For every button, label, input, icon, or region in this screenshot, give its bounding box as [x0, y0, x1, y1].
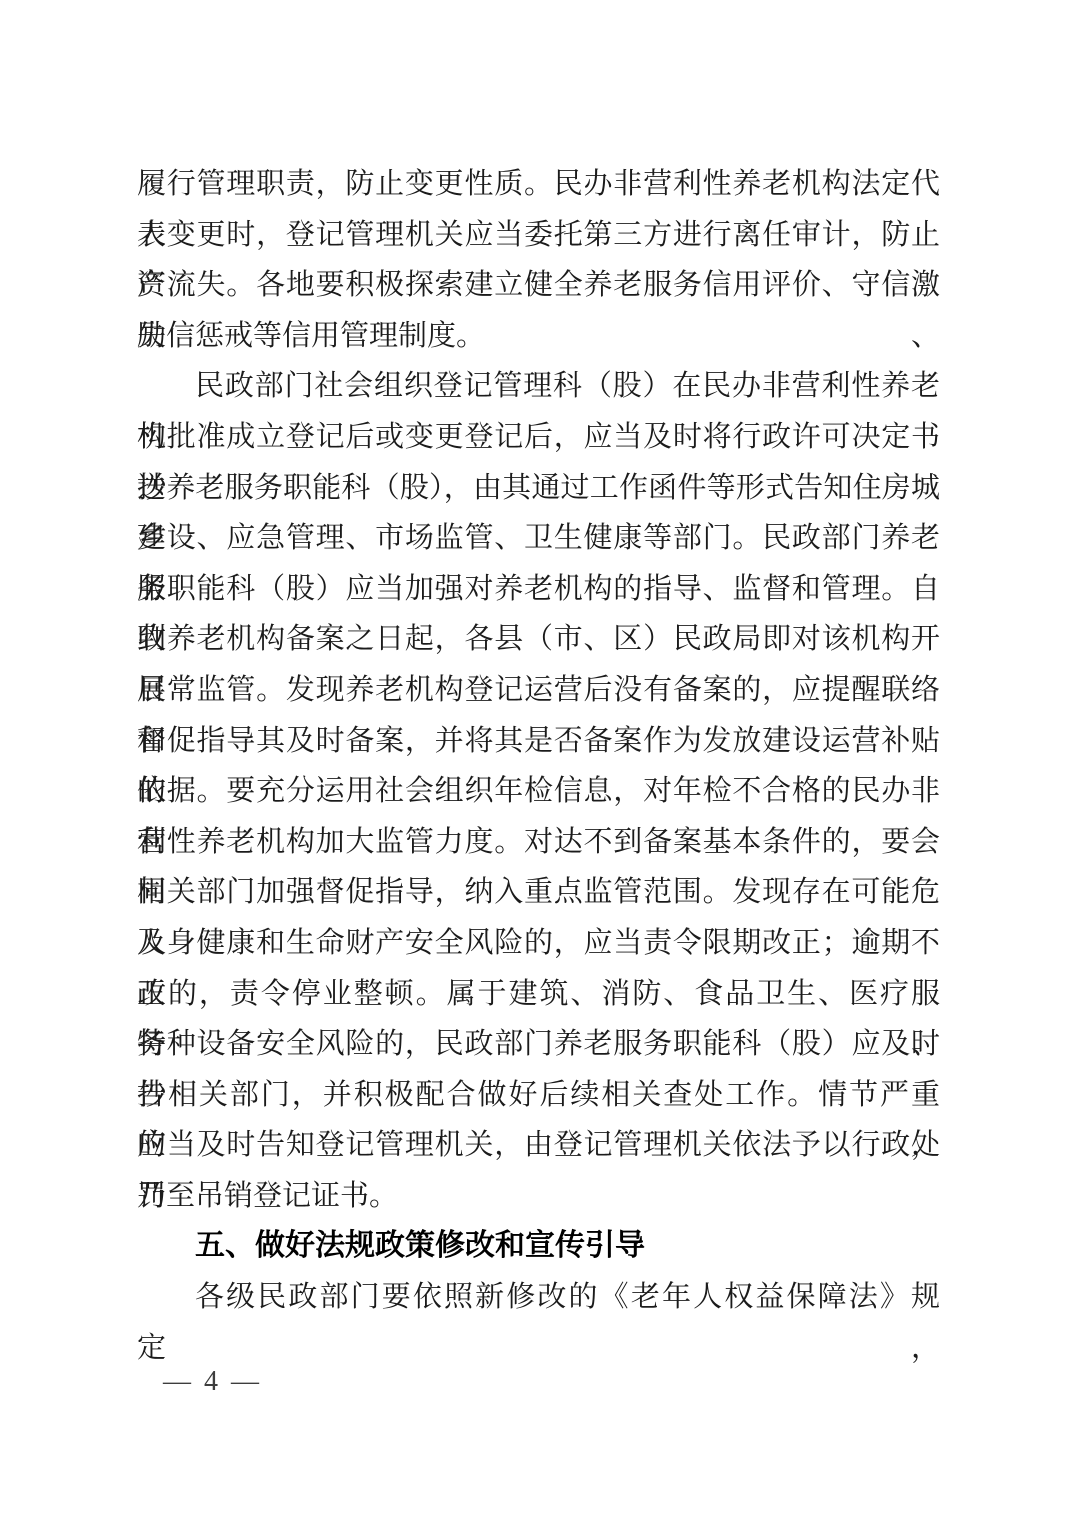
- text-line: 各级民政部门要依照新修改的《老年人权益保障法》规定，: [137, 1272, 940, 1323]
- text-line: 人身健康和生命财产安全风险的，应当责令限期改正；逾期不改: [137, 918, 940, 969]
- text-line: 民政部门社会组织登记管理科（股）在民办非营利性养老机: [137, 361, 940, 412]
- paragraph-registration-supervision: 民政部门社会组织登记管理科（股）在民办非营利性养老机 构批准成立登记后或变更登记…: [137, 361, 940, 1221]
- document-body: 履行管理职责，防止变更性质。民办非营利性养老机构法定代表 人变更时，登记管理机关…: [137, 159, 940, 1323]
- text-line: 送养老服务职能科（股），由其通过工作函件等形式告知住房城乡: [137, 463, 940, 514]
- text-line: 人变更时，登记管理机关应当委托第三方进行离任审计，防止资: [137, 210, 940, 261]
- text-line: 相关部门加强督促指导，纳入重点监管范围。发现存在可能危及: [137, 867, 940, 918]
- text-line: 产流失。各地要积极探索建立健全养老服务信用评价、守信激励、: [137, 260, 940, 311]
- text-line: 应当及时告知登记管理机关，由登记管理机关依法予以行政处罚: [137, 1120, 940, 1171]
- text-line: 告相关部门，并积极配合做好后续相关查处工作。情节严重的，: [137, 1070, 940, 1121]
- section-heading-5: 五、做好法规政策修改和宣传引导: [137, 1221, 940, 1272]
- text-line: 到养老机构备案之日起，各县（市、区）民政局即对该机构开展: [137, 614, 940, 665]
- text-line: 务职能科（股）应当加强对养老机构的指导、监督和管理。自收: [137, 564, 940, 615]
- text-line: 特种设备安全风险的，民政部门养老服务职能科（股）应及时抄: [137, 1019, 940, 1070]
- text-line: 构批准成立登记后或变更登记后，应当及时将行政许可决定书抄: [137, 412, 940, 463]
- page-number: — 4 —: [163, 1360, 262, 1404]
- paragraph-credit-supervision: 履行管理职责，防止变更性质。民办非营利性养老机构法定代表 人变更时，登记管理机关…: [137, 159, 940, 361]
- text-line: 利性养老机构加大监管力度。对达不到备案基本条件的，要会同: [137, 817, 940, 868]
- text-line: 乃至吊销登记证书。: [137, 1171, 940, 1222]
- paragraph-law-revision: 各级民政部门要依照新修改的《老年人权益保障法》规定，: [137, 1272, 940, 1323]
- text-line: 依据。要充分运用社会组织年检信息，对年检不合格的民办非营: [137, 766, 940, 817]
- text-line: 履行管理职责，防止变更性质。民办非营利性养老机构法定代表: [137, 159, 940, 210]
- text-line: 督促指导其及时备案，并将其是否备案作为发放建设运营补贴的: [137, 716, 940, 767]
- text-line: 建设、应急管理、市场监管、卫生健康等部门。民政部门养老服: [137, 513, 940, 564]
- text-line: 日常监管。发现养老机构登记运营后没有备案的，应提醒联络和: [137, 665, 940, 716]
- text-line: 正的，责令停业整顿。属于建筑、消防、食品卫生、医疗服务、: [137, 969, 940, 1020]
- document-page: 履行管理职责，防止变更性质。民办非营利性养老机构法定代表 人变更时，登记管理机关…: [0, 0, 1074, 1520]
